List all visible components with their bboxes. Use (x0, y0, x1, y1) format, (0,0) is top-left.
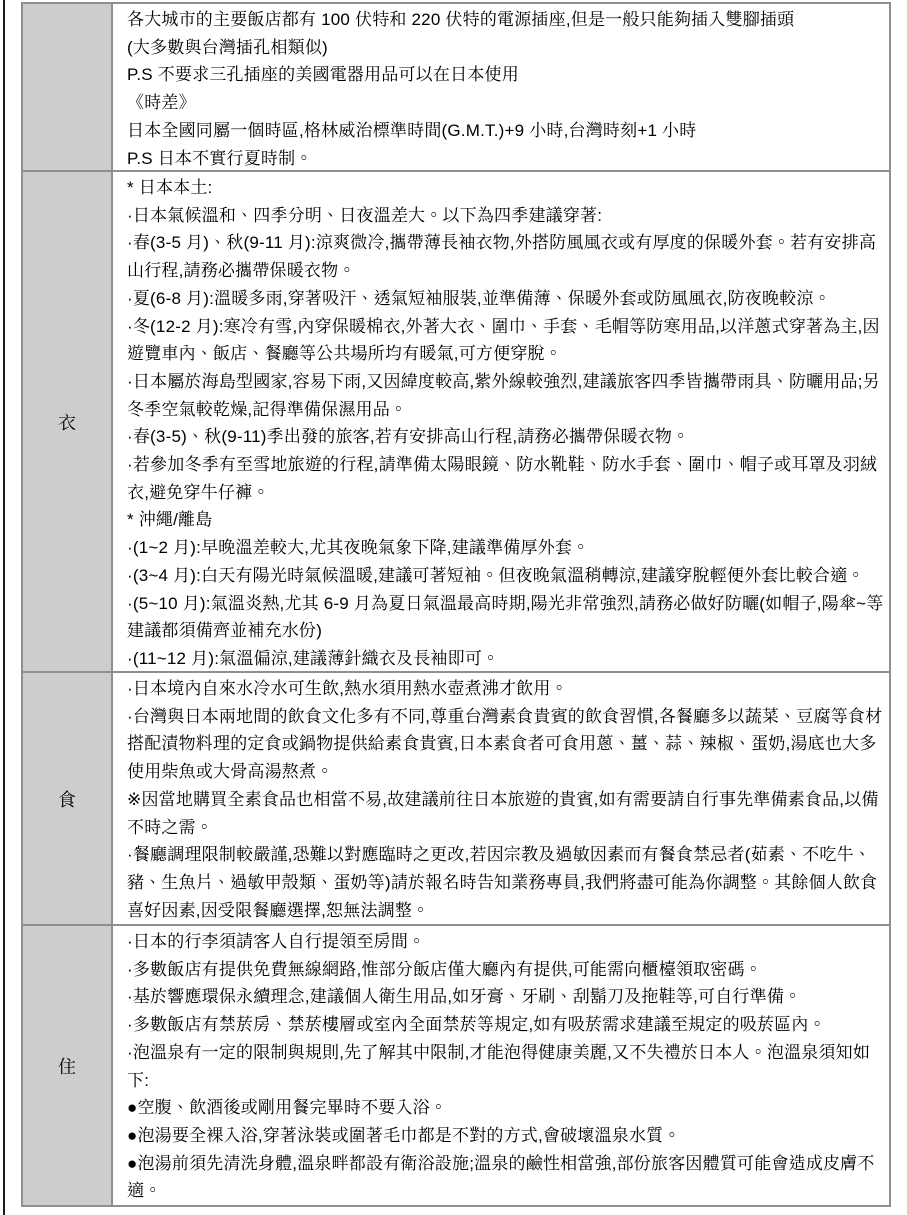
paragraph: ·基於響應環保永續理念,建議個人衛生用品,如牙膏、牙刷、刮鬍刀及拖鞋等,可自行準… (127, 983, 885, 1011)
page: { "colors": { "label_bg": "#cdcdcd", "bo… (0, 0, 907, 1215)
category-content-cell: 各大城市的主要飯店都有 100 伏特和 220 伏特的電源插座,但是一般只能夠插… (112, 3, 890, 171)
paragraph: ·日本境內自來水冷水可生飲,熱水須用熱水壺煮沸才飲用。 (127, 675, 885, 703)
category-label-cell: 食 (22, 672, 112, 925)
paragraph: ·台灣與日本兩地間的飲食文化多有不同,尊重台灣素食貴賓的飲食習慣,各餐廳多以蔬菜… (127, 703, 885, 786)
paragraph: ·春(3-5 月)、秋(9-11 月):涼爽微冷,攜帶薄長袖衣物,外搭防風風衣或… (127, 229, 885, 284)
paragraph: ·夏(6-8 月):溫暖多雨,穿著吸汗、透氣短袖服裝,並準備薄、保暖外套或防風風… (127, 285, 885, 313)
paragraph: ·泡溫泉有一定的限制與規則,先了解其中限制,才能泡得健康美麗,又不失禮於日本人。… (127, 1039, 885, 1094)
paragraph: ·日本屬於海島型國家,容易下雨,又因緯度較高,紫外線較強烈,建議旅客四季皆攜帶雨… (127, 368, 885, 423)
table-row: 各大城市的主要飯店都有 100 伏特和 220 伏特的電源插座,但是一般只能夠插… (22, 3, 890, 171)
table-row: 住 ·日本的行李須請客人自行提領至房間。·多數飯店有提供免費無線網路,惟部分飯店… (22, 925, 890, 1206)
paragraph: P.S 不要求三孔插座的美國電器用品可以在日本使用 (127, 61, 885, 89)
paragraph: ※因當地購買全素食品也相當不易,故建議前往日本旅遊的貴賓,如有需要請自行事先準備… (127, 786, 885, 841)
paragraph: ·春(3-5)、秋(9-11)季出發的旅客,若有安排高山行程,請務必攜帶保暖衣物… (127, 423, 885, 451)
info-table-body: 各大城市的主要飯店都有 100 伏特和 220 伏特的電源插座,但是一般只能夠插… (22, 3, 890, 1206)
page-edge-line (3, 0, 5, 1215)
paragraph: ·日本的行李須請客人自行提領至房間。 (127, 928, 885, 956)
category-label-cell: 住 (22, 925, 112, 1206)
category-content-cell: * 日本本土:·日本氣候溫和、四季分明、日夜溫差大。以下為四季建議穿著:·春(3… (112, 171, 890, 672)
category-label: 衣 (58, 409, 76, 435)
paragraph: * 沖繩/離島 (127, 506, 885, 534)
paragraph: ·(11~12 月):氣溫偏涼,建議薄針織衣及長袖即可。 (127, 645, 885, 669)
category-label-cell (22, 3, 112, 171)
cell-body: ·日本的行李須請客人自行提領至房間。·多數飯店有提供免費無線網路,惟部分飯店僅大… (127, 928, 885, 1203)
paragraph: ·日本氣候溫和、四季分明、日夜溫差大。以下為四季建議穿著: (127, 202, 885, 230)
cell-body: 各大城市的主要飯店都有 100 伏特和 220 伏特的電源插座,但是一般只能夠插… (127, 6, 885, 168)
paragraph: P.S 日本不實行夏時制。 (127, 145, 885, 168)
cell-body: ·日本境內自來水冷水可生飲,熱水須用熱水壺煮沸才飲用。·台灣與日本兩地間的飲食文… (127, 675, 885, 922)
paragraph: 日本全國同屬一個時區,格林威治標準時間(G.M.T.)+9 小時,台灣時刻+1 … (127, 117, 885, 145)
paragraph: ·(3~4 月):白天有陽光時氣候溫暖,建議可著短袖。但夜晚氣溫稍轉涼,建議穿脫… (127, 562, 885, 590)
paragraph: ●空腹、飲酒後或剛用餐完畢時不要入浴。 (127, 1094, 885, 1122)
paragraph: ●泡湯要全裸入浴,穿著泳裝或圍著毛巾都是不對的方式,會破壞溫泉水質。 (127, 1122, 885, 1150)
cell-body: * 日本本土:·日本氣候溫和、四季分明、日夜溫差大。以下為四季建議穿著:·春(3… (127, 174, 885, 669)
paragraph: ·多數飯店有提供免費無線網路,惟部分飯店僅大廳內有提供,可能需向櫃檯領取密碼。 (127, 956, 885, 984)
paragraph: ●泡湯前須先清洗身體,溫泉畔都設有衛浴設施;溫泉的鹼性相當強,部份旅客因體質可能… (127, 1150, 885, 1203)
info-table: 各大城市的主要飯店都有 100 伏特和 220 伏特的電源插座,但是一般只能夠插… (21, 2, 891, 1207)
category-content-cell: ·日本境內自來水冷水可生飲,熱水須用熱水壺煮沸才飲用。·台灣與日本兩地間的飲食文… (112, 672, 890, 925)
paragraph: ·冬(12-2 月):寒冷有雪,內穿保暖棉衣,外著大衣、圍巾、手套、毛帽等防寒用… (127, 313, 885, 368)
category-label: 食 (58, 786, 76, 812)
category-label: 住 (58, 1053, 76, 1079)
paragraph: 各大城市的主要飯店都有 100 伏特和 220 伏特的電源插座,但是一般只能夠插… (127, 6, 885, 34)
table-row: 衣 * 日本本土:·日本氣候溫和、四季分明、日夜溫差大。以下為四季建議穿著:·春… (22, 171, 890, 672)
paragraph: ·(5~10 月):氣溫炎熱,尤其 6-9 月為夏日氣溫最高時期,陽光非常強烈,… (127, 590, 885, 645)
table-row: 食 ·日本境內自來水冷水可生飲,熱水須用熱水壺煮沸才飲用。·台灣與日本兩地間的飲… (22, 672, 890, 925)
paragraph: ·多數飯店有禁菸房、禁菸樓層或室內全面禁菸等規定,如有吸菸需求建議至規定的吸菸區… (127, 1011, 885, 1039)
category-content-cell: ·日本的行李須請客人自行提領至房間。·多數飯店有提供免費無線網路,惟部分飯店僅大… (112, 925, 890, 1206)
paragraph: (大多數與台灣插孔相類似) (127, 34, 885, 62)
paragraph: * 日本本土: (127, 174, 885, 202)
paragraph: ·(1~2 月):早晚溫差較大,尤其夜晚氣象下降,建議準備厚外套。 (127, 534, 885, 562)
paragraph: 《時差》 (127, 89, 885, 117)
paragraph: ·若參加冬季有至雪地旅遊的行程,請準備太陽眼鏡、防水靴鞋、防水手套、圍巾、帽子或… (127, 451, 885, 506)
paragraph: ·餐廳調理限制較嚴謹,恐難以對應臨時之更改,若因宗教及過敏因素而有餐食禁忌者(茹… (127, 841, 885, 922)
category-label-cell: 衣 (22, 171, 112, 672)
